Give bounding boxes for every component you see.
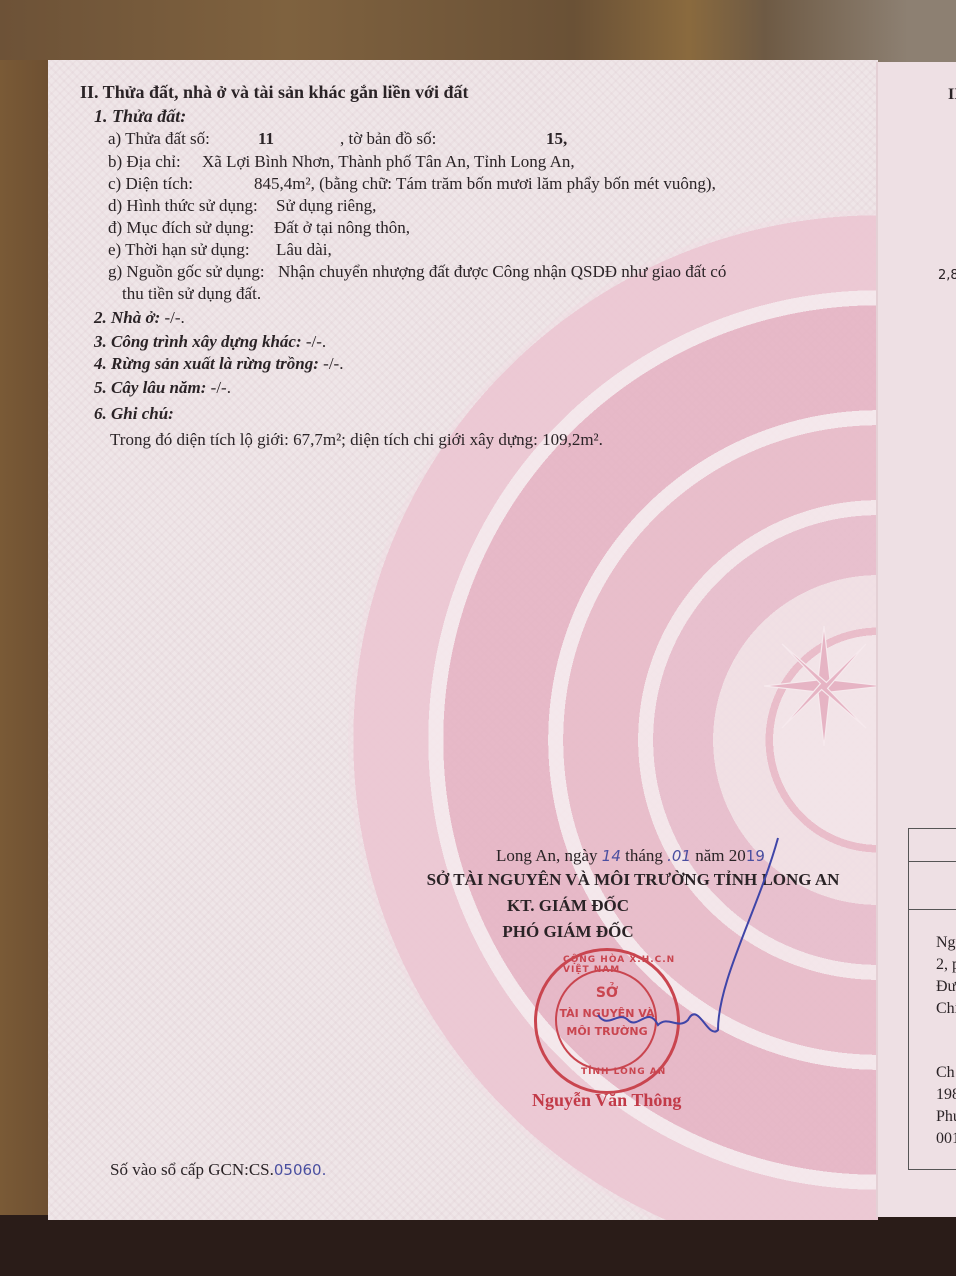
dark-table-surface <box>0 1215 956 1276</box>
right-page-header: II <box>948 86 956 104</box>
term-label: e) Thời hạn sử dụng: <box>108 240 250 260</box>
forest-label: 4. Rừng sản xuất là rừng trồng: <box>94 354 319 373</box>
registry-label: Số vào sổ cấp GCN:CS. <box>110 1160 274 1179</box>
certificate-page: II. Thửa đất, nhà ở và tài sản khác gắn … <box>48 60 878 1220</box>
term-value: Lâu dài, <box>276 240 332 260</box>
map-sheet-label: , tờ bản đồ số: <box>340 129 436 149</box>
right-line-6: Phu <box>936 1108 956 1126</box>
address-label: b) Địa chỉ: <box>108 152 181 172</box>
origin-value-line1: Nhận chuyển nhượng đất được Công nhận QS… <box>278 262 726 282</box>
other-construction-value: -/-. <box>306 332 326 351</box>
area-value: 845,4m², (bằng chữ: Tám trăm bốn mươi lă… <box>254 174 716 194</box>
purpose-label: đ) Mục đích sử dụng: <box>108 218 254 238</box>
forest-value: -/-. <box>323 354 343 373</box>
registry-number: Số vào sổ cấp GCN:CS.05060. <box>110 1160 326 1180</box>
house-value: -/-. <box>165 308 185 327</box>
stamp-ring-bottom: TỈNH LONG AN <box>581 1067 666 1077</box>
address-value: Xã Lợi Bình Nhơn, Thành phố Tân An, Tỉnh… <box>202 152 575 172</box>
handwritten-signature-icon <box>568 830 798 1050</box>
signer-name: Nguyễn Văn Thông <box>532 1090 681 1111</box>
right-line-0: Ngư <box>936 934 956 952</box>
perennial-value: -/-. <box>211 378 231 397</box>
other-construction-label: 3. Công trình xây dựng khác: <box>94 332 302 351</box>
purpose-value: Đất ở tại nông thôn, <box>274 218 410 238</box>
registry-value: 05060. <box>274 1161 327 1179</box>
right-line-2: Đư <box>936 978 956 996</box>
wooden-table-left <box>0 60 48 1220</box>
area-label: c) Diện tích: <box>108 174 193 194</box>
certificate-content: II. Thửa đất, nhà ở và tài sản khác gắn … <box>48 60 878 1220</box>
right-line-1: 2, p <box>936 956 956 974</box>
right-line-4: Ch <box>936 1064 955 1082</box>
parcel-label: a) Thửa đất số: <box>108 129 210 149</box>
adjacent-page: II 2,8r Ngư 2, p Đư Chi Ch 198 Phu 001 <box>876 62 956 1217</box>
land-heading: 1. Thửa đất: <box>94 106 186 127</box>
parcel-number: 11 <box>258 129 274 149</box>
right-line-5: 198 <box>936 1086 956 1104</box>
section-title: II. Thửa đất, nhà ở và tài sản khác gắn … <box>80 82 469 103</box>
origin-value-line2: thu tiền sử dụng đất. <box>122 284 261 304</box>
use-form-value: Sử dụng riêng, <box>276 196 376 216</box>
perennial-label: 5. Cây lâu năm: <box>94 378 206 397</box>
right-line-3: Chi <box>936 1000 956 1018</box>
origin-label: g) Nguồn gốc sử dụng: <box>108 262 265 282</box>
notes-label: 6. Ghi chú: <box>94 404 174 424</box>
right-page-measure: 2,8r <box>938 268 956 283</box>
right-line-7: 001 <box>936 1130 956 1148</box>
map-sheet-number: 15, <box>546 129 567 149</box>
house-label: 2. Nhà ở: <box>94 308 160 327</box>
notes-text: Trong đó diện tích lộ giới: 67,7m²; diện… <box>110 430 603 450</box>
wooden-table-top <box>0 0 956 62</box>
use-form-label: d) Hình thức sử dụng: <box>108 196 258 216</box>
